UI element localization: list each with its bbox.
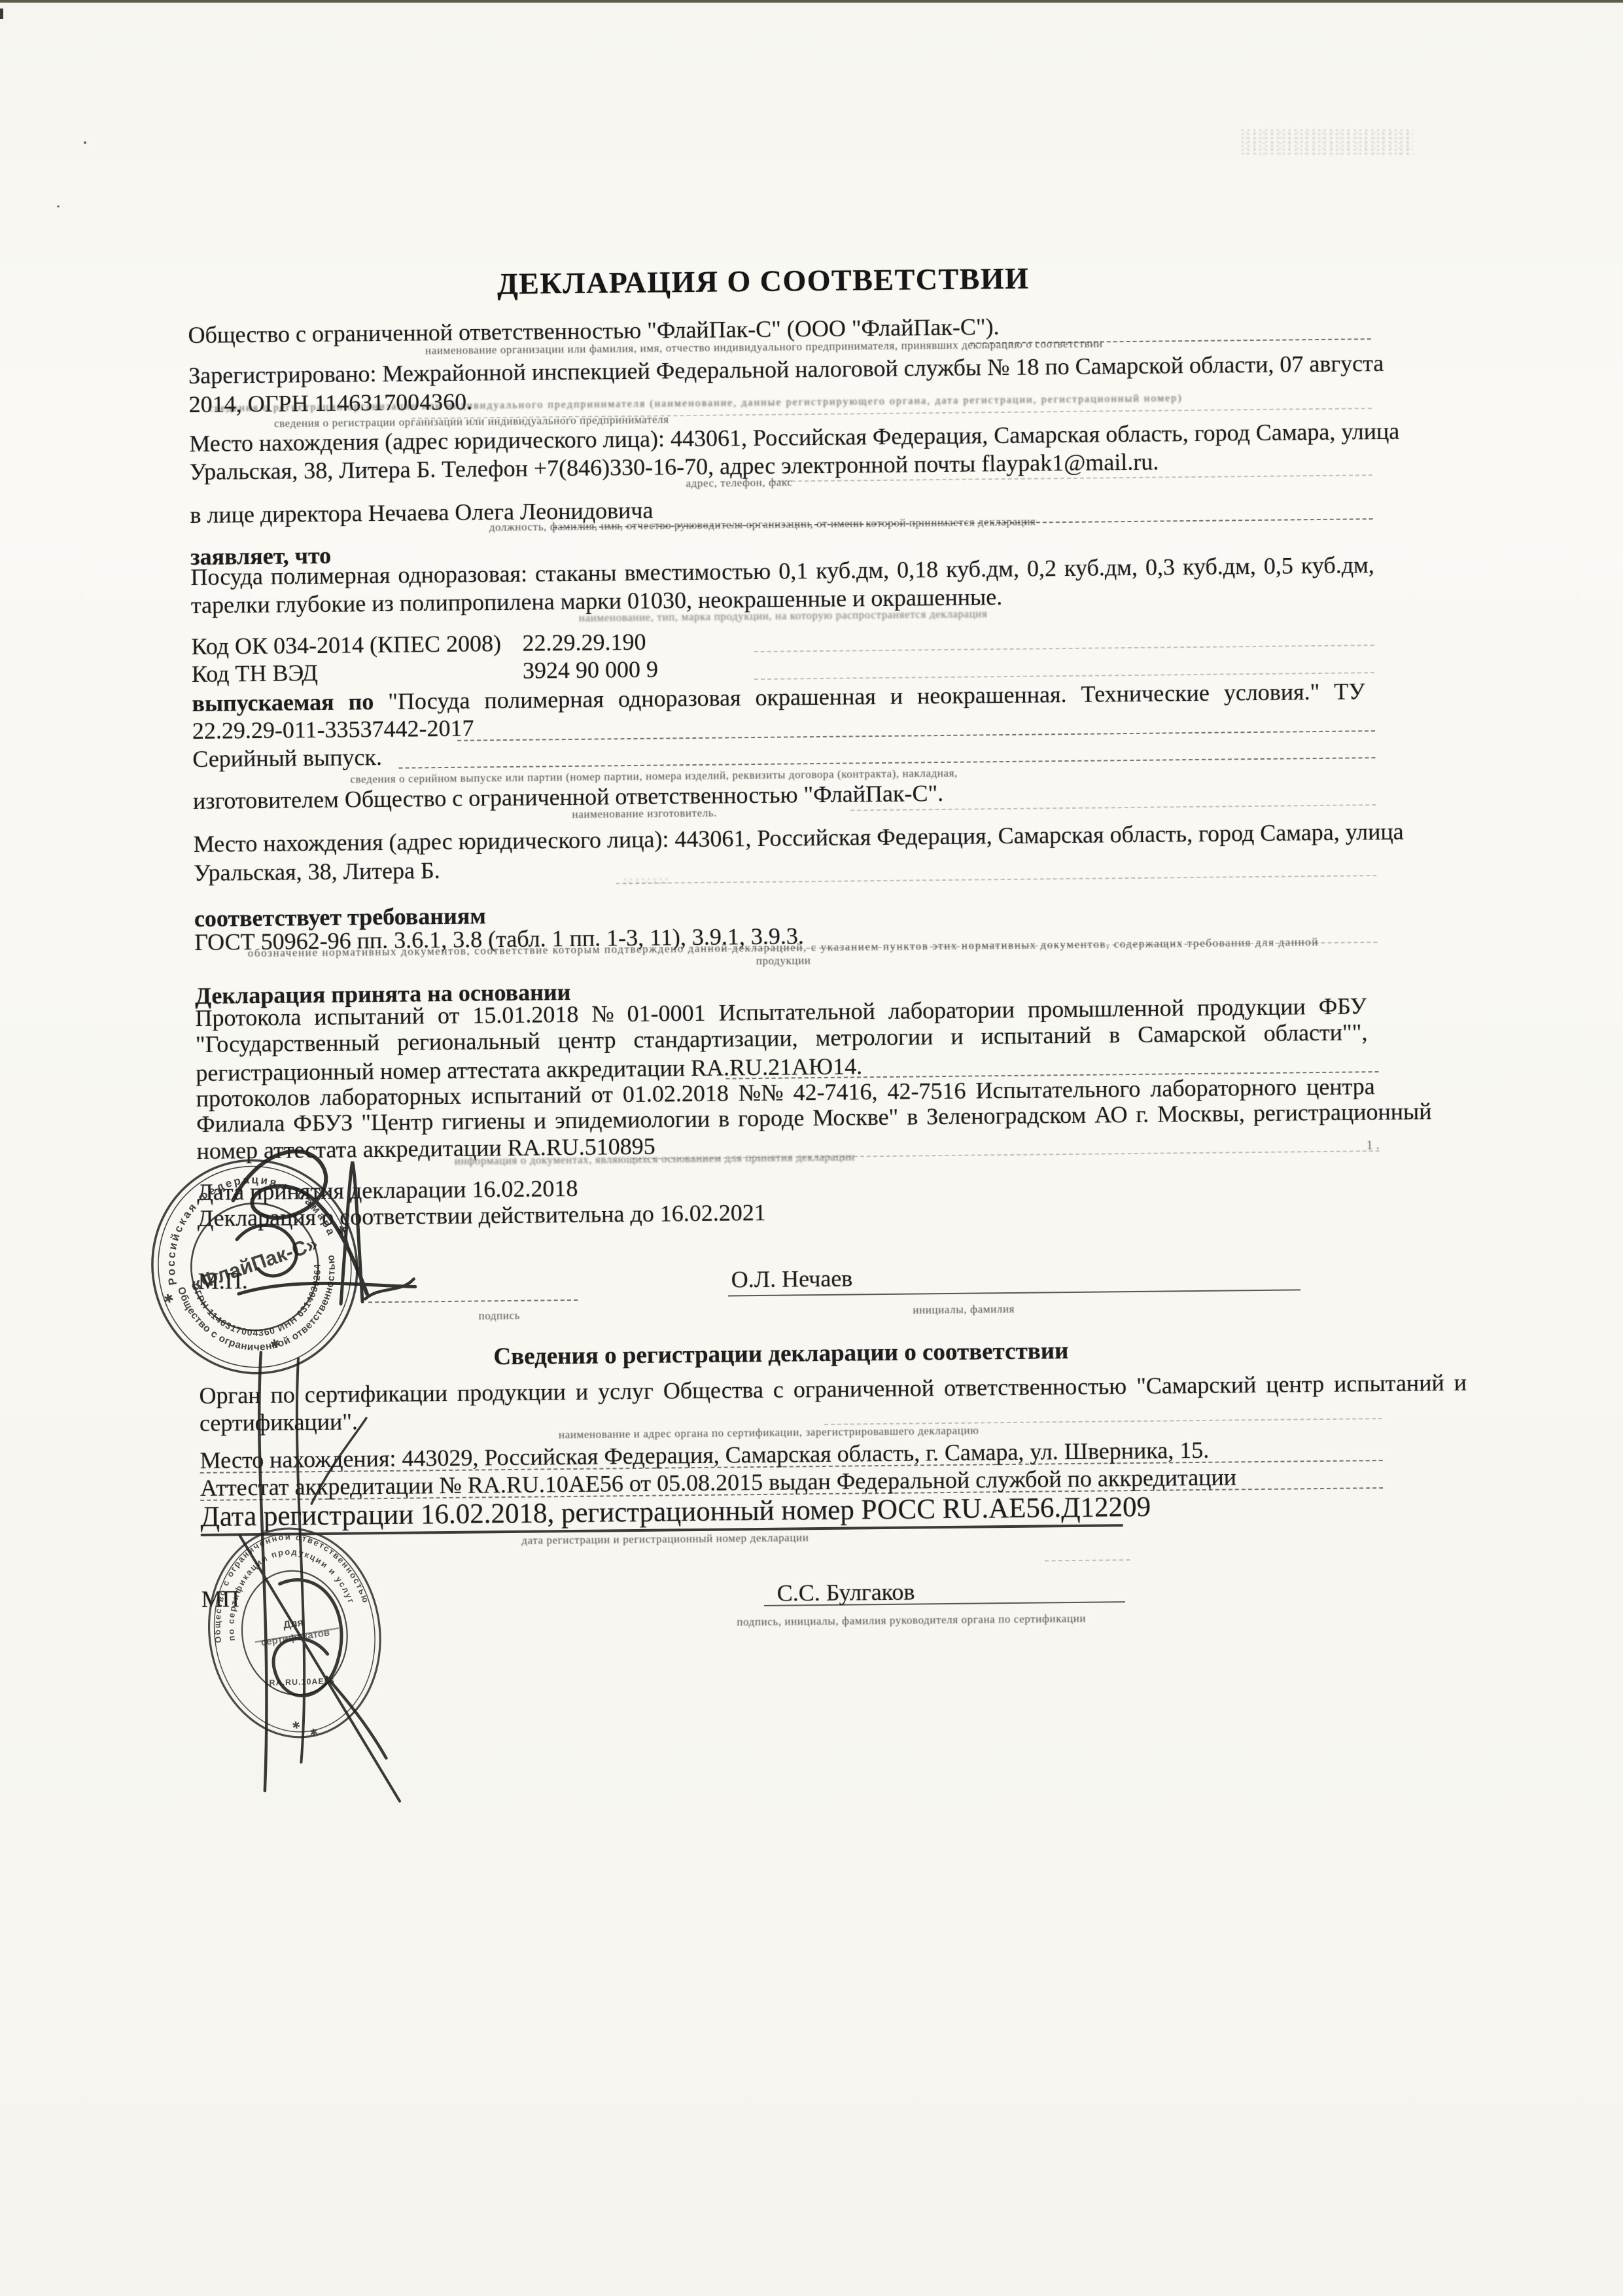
- underline: [824, 1418, 1382, 1425]
- registration-line-1: Зарегистрировано: Межрайонной инспекцией…: [188, 350, 1384, 390]
- code-tnved-value: 3924 90 000 9: [523, 656, 658, 685]
- manufacturer-line: изготовителем Общество с ограниченной от…: [193, 780, 944, 815]
- cert-head-signature: [199, 1339, 479, 1812]
- issued-line-1: выпускаемая по "Посуда полимерная однора…: [192, 678, 1365, 717]
- registration-section-title: Сведения о регистрации декларации о соот…: [493, 1337, 1068, 1371]
- registration-date-caption: дата регистрации и регистрационный номер…: [521, 1531, 809, 1547]
- cert-head-caption: подпись, инициалы, фамилия руководителя …: [737, 1612, 1086, 1629]
- code-tnved-label: Код ТН ВЭД: [192, 660, 318, 688]
- code-ok-value: 22.29.29.190: [522, 629, 646, 657]
- product-line-1: Посуда полимерная одноразовая: стаканы в…: [190, 552, 1374, 591]
- underline: [754, 645, 1374, 652]
- serial-line: Серийный выпуск.: [192, 744, 382, 773]
- code-ok-label: Код ОК 034-2014 (КПЕС 2008): [191, 630, 501, 660]
- manufacturer-caption: наименование изготовитель.: [572, 807, 717, 821]
- address-caption: адрес, телефон, факс: [686, 476, 792, 490]
- cert-head-name: С.С. Булгаков: [777, 1579, 915, 1608]
- mfg-location-line-1: Место нахождения (адрес юридического лиц…: [193, 819, 1403, 858]
- page-mark: 1 .: [1367, 1138, 1380, 1153]
- underline: [457, 730, 1375, 741]
- director-signature: [195, 1005, 460, 1315]
- name-caption: инициалы, фамилия: [913, 1303, 1015, 1317]
- stamp-star-icon: ✱: [162, 1291, 175, 1306]
- document-sheet: ДЕКЛАРАЦИЯ О СООТВЕТСТВИИ Общество с огр…: [0, 0, 1623, 2296]
- signatory-name: О.Л. Нечаев: [731, 1265, 853, 1294]
- faint-caption-smudge: [622, 877, 668, 886]
- mfg-location-line-2: Уральская, 38, Литера Б.: [194, 857, 440, 887]
- document-title: ДЕКЛАРАЦИЯ О СООТВЕТСТВИИ: [497, 261, 1030, 302]
- issued-line-2: 22.29.29-011-33537442-2017: [192, 715, 474, 745]
- underline: [1045, 1559, 1130, 1561]
- gost-caption-2: продукции: [756, 954, 811, 968]
- cert-body-caption: наименование и адрес органа по сертифика…: [559, 1424, 979, 1441]
- underline: [616, 875, 1376, 884]
- issued-lead: выпускаемая по: [192, 688, 374, 716]
- scanned-document-page: { "doc": { "title": "ДЕКЛАРАЦИЯ О СООТВЕ…: [0, 0, 1623, 2296]
- signature-caption: подпись: [478, 1309, 520, 1323]
